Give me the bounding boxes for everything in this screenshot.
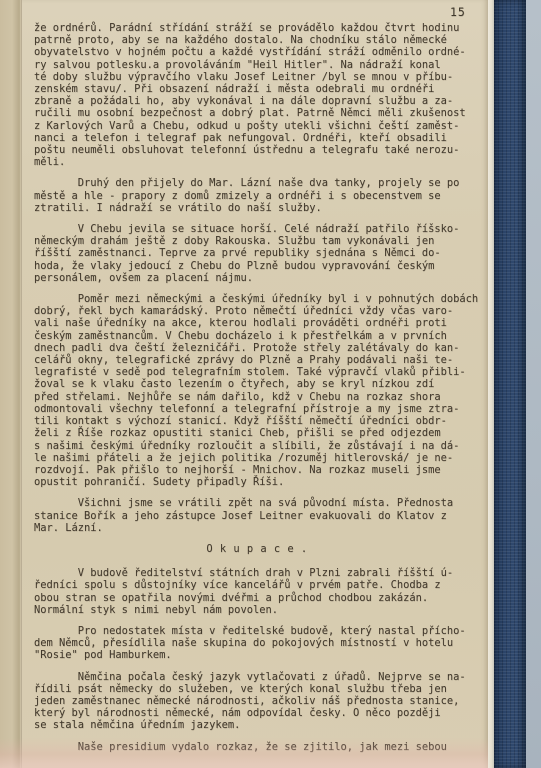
scanned-document-photo: 15 že ordnérů. Parádní střídání stráží s… <box>0 0 541 768</box>
section-heading-okupace: O k u p a c e . <box>34 543 480 555</box>
paragraph-7: Pro nedostatek místa v ředitelské budově… <box>34 625 480 662</box>
paragraph-4: Poměr mezi německými a českými úředníky … <box>34 293 480 488</box>
book-cover-cloth <box>494 0 526 768</box>
page-gutter-shadow <box>0 0 22 768</box>
typewritten-text-column: že ordnérů. Parádní střídání stráží se p… <box>34 22 480 762</box>
page-number: 15 <box>450 5 466 19</box>
paper-page: 15 že ordnérů. Parádní střídání stráží s… <box>0 0 488 768</box>
paragraph-1: že ordnérů. Parádní střídání stráží se p… <box>34 22 480 168</box>
paragraph-6: V budově ředitelství státních drah v Plz… <box>34 567 480 616</box>
paragraph-2: Druhý den přijely do Mar. Lázní naše dva… <box>34 177 480 214</box>
paragraph-8: Němčina počala český jazyk vytlačovati z… <box>34 671 480 732</box>
paragraph-3: V Chebu jevila se situace horší. Celé ná… <box>34 223 480 284</box>
paragraph-5: Všichni jsme se vrátili zpět na svá půvo… <box>34 497 480 534</box>
paragraph-9: Naše presidium vydalo rozkaz, že se zjit… <box>34 741 480 753</box>
